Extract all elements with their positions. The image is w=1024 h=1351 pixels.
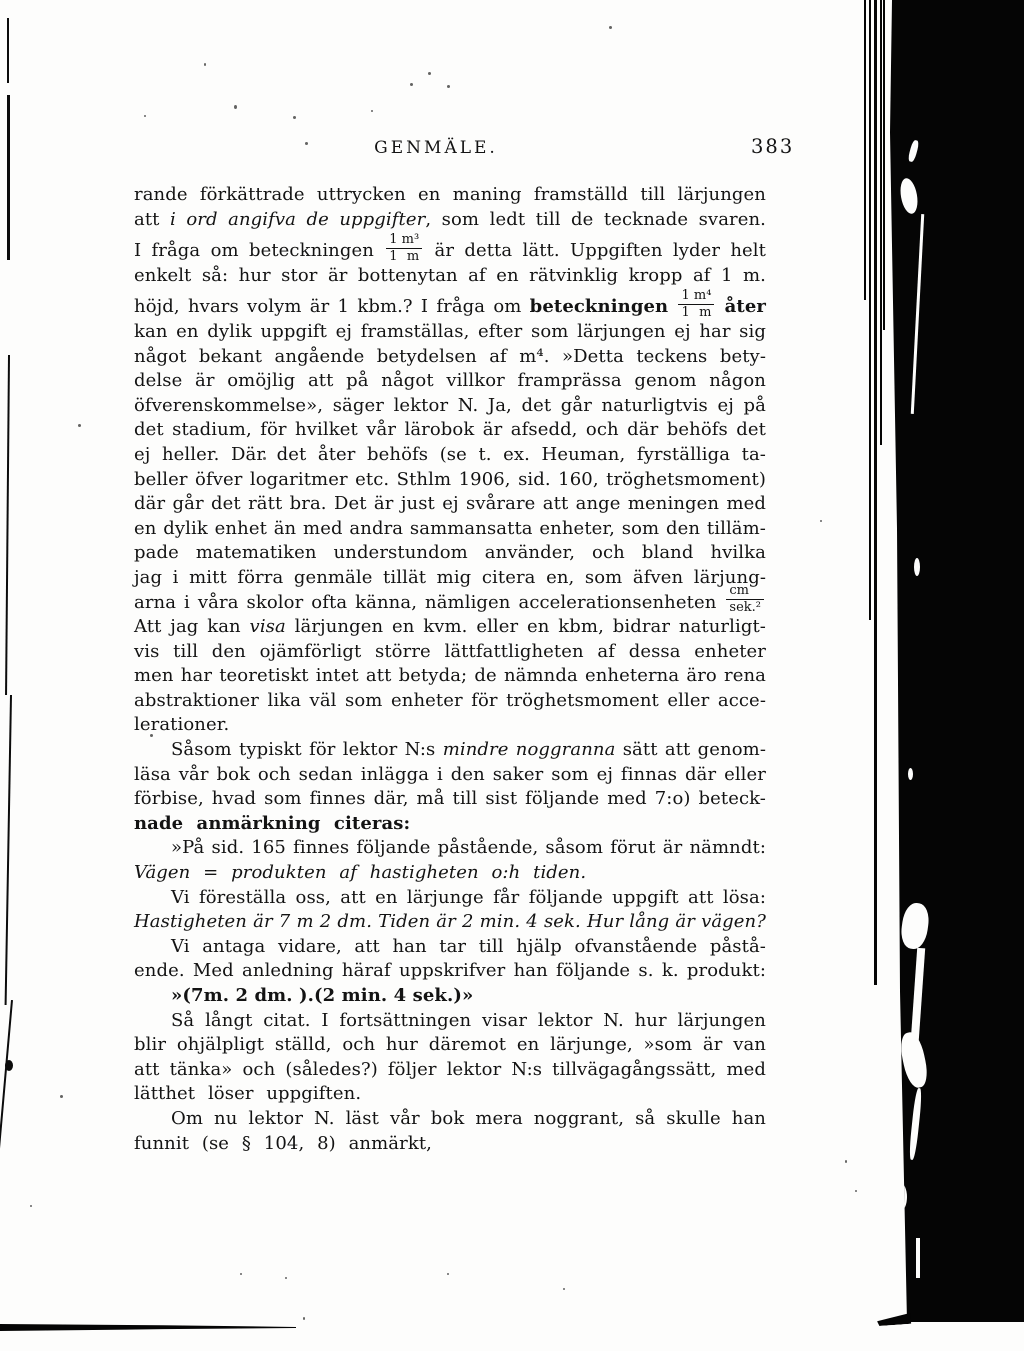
text-line: Hastigheten är 7 m 2 dm. Tiden är 2 min.… [134, 910, 766, 935]
scan-noise-mark [447, 1273, 449, 1275]
text-segment: öfverenskommelse», säger lektor N. Ja, d… [134, 395, 766, 416]
text-line: Vi föreställa oss, att en lärjunge får f… [134, 886, 766, 911]
text-line: kan en dylik uppgift ej framställas, eft… [134, 320, 766, 345]
text-line: öfverenskommelse», säger lektor N. Ja, d… [134, 394, 766, 419]
scan-noise-mark [5, 695, 12, 1005]
text-segment: enkelt så: hur stor är bottenytan af en … [134, 265, 766, 286]
text-line: rande förkättrade uttrycken en maning fr… [134, 183, 766, 208]
text-segment: Vi föreställa oss, att en lärjunge får f… [171, 887, 766, 908]
scan-noise-mark [285, 1277, 287, 1279]
inline-fraction: 1 m³1 m [386, 233, 422, 263]
text-line: abstraktioner lika väl som enheter för t… [134, 689, 766, 714]
text-segment: Om nu lektor N. läst vår bok mera noggra… [171, 1108, 766, 1129]
text-line: beller öfver logaritmer etc. Sthlm 1906,… [134, 468, 766, 493]
text-segment: »(7m. 2 dm. ).(2 min. 4 sek.)» [171, 985, 473, 1006]
text-line: lerationer. [134, 713, 766, 738]
text-segment [716, 296, 724, 317]
scan-noise-mark [897, 1030, 930, 1089]
scan-noise-mark [30, 1205, 32, 1207]
scan-noise-mark [7, 18, 9, 83]
text-line: ende. Med anledning häraf uppskrifver ha… [134, 959, 766, 984]
text-line: Så långt citat. I fortsättningen visar l… [134, 1009, 766, 1034]
text-segment: ende. Med anledning häraf uppskrifver ha… [134, 960, 766, 981]
text-line: »På sid. 165 finnes följande påstående, … [134, 836, 766, 861]
text-line: I fråga om beteckningen 1 m³1 m är detta… [134, 232, 766, 264]
scan-noise-mark [880, 0, 882, 445]
text-segment: åter [725, 296, 766, 317]
text-line: lätthet löser uppgiften. [134, 1082, 766, 1107]
scan-noise-mark [240, 1273, 242, 1275]
text-segment: lätthet löser uppgiften. [134, 1083, 361, 1104]
text-line: Vägen = produkten af hastigheten o:h tid… [134, 861, 766, 886]
text-segment: Vägen = produkten af hastigheten o:h tid… [134, 862, 586, 883]
scan-noise-mark [204, 63, 206, 66]
scan-noise-mark [916, 1238, 920, 1278]
scan-noise-mark [293, 116, 296, 119]
scan-noise-mark [894, 1183, 907, 1211]
text-segment: är detta lätt. Uppgiften lyder helt [424, 240, 766, 261]
scan-noise-mark [5, 355, 10, 695]
text-line: en dylik enhet än med andra sammansatta … [134, 517, 766, 542]
text-segment: abstraktioner lika väl som enheter för t… [134, 690, 766, 711]
scan-noise-mark [303, 1317, 305, 1320]
scan-noise-mark [820, 520, 822, 522]
scan-noise-mark [7, 95, 10, 260]
text-segment: något bekant angående betydelsen af m⁴. … [134, 346, 766, 367]
text-line: jag i mitt förra genmäle tillät mig cite… [134, 566, 766, 591]
text-line: enkelt så: hur stor är bottenytan af en … [134, 264, 766, 289]
scan-noise-mark [883, 0, 885, 330]
text-line: »(7m. 2 dm. ).(2 min. 4 sek.)» [134, 984, 766, 1009]
text-line: Såsom typiskt för lektor N:s mindre nogg… [134, 738, 766, 763]
text-line: men har teoretiskt intet att betyda; de … [134, 664, 766, 689]
scan-noise-mark [234, 105, 237, 109]
scanned-page: GENMÄLE. 383 rande förkättrade uttrycken… [0, 0, 1024, 1351]
text-line: förbise, hvad som finnes där, må till si… [134, 787, 766, 812]
text-line: att tänka» och (således?) följer lektor … [134, 1058, 766, 1083]
scan-noise-mark [60, 1095, 63, 1098]
text-segment: lärjungen en kvm. eller en kbm, bidrar n… [286, 616, 766, 637]
text-line: Att jag kan visa lärjungen en kvm. eller… [134, 615, 766, 640]
text-line: att i ord angifva de uppgifter, som ledt… [134, 208, 766, 233]
text-line: pade matematiken understundom använder, … [134, 541, 766, 566]
text-segment: lerationer. [134, 714, 229, 735]
scan-noise-mark [609, 26, 612, 29]
text-line: Vi antaga vidare, att han tar till hjälp… [134, 935, 766, 960]
scan-noise-mark [869, 0, 871, 620]
scan-noise-mark [908, 768, 913, 780]
scan-artifact-bottom-line [0, 1324, 296, 1331]
text-segment: beller öfver logaritmer etc. Sthlm 1906,… [134, 469, 766, 490]
text-segment: Så långt citat. I fortsättningen visar l… [171, 1010, 766, 1031]
text-segment: rande förkättrade uttrycken en maning fr… [134, 184, 766, 205]
text-line: där går det rätt bra. Det är just ej svå… [134, 492, 766, 517]
text-line: Om nu lektor N. läst vår bok mera noggra… [134, 1107, 766, 1132]
text-segment: höjd, hvars volym är 1 kbm.? I fråga om [134, 296, 530, 317]
text-segment: I fråga om beteckningen [134, 240, 384, 261]
page-number: 383 [751, 135, 794, 158]
text-segment [668, 296, 676, 317]
scan-noise-mark [914, 558, 920, 576]
text-line: delse är omöjlig att på något villkor fr… [134, 369, 766, 394]
scan-noise-mark [150, 734, 153, 737]
text-segment: funnit (se § 104, 8) anmärkt, [134, 1133, 432, 1154]
scan-noise-mark [911, 214, 924, 414]
text-segment: förbise, hvad som finnes där, må till si… [134, 788, 766, 809]
text-segment: det stadium, för hvilket vår lärobok är … [134, 419, 766, 440]
text-segment: Hastigheten är 7 m 2 dm. Tiden är 2 min.… [134, 911, 766, 932]
text-line: nade anmärkning citeras: [134, 812, 766, 837]
text-line: ej heller. Där det åter behöfs (se t. ex… [134, 443, 766, 468]
text-segment: Vi antaga vidare, att han tar till hjälp… [171, 936, 766, 957]
inline-fraction: 1 m⁴1 m [678, 289, 714, 319]
text-segment: pade matematiken understundom använder, … [134, 542, 766, 563]
text-segment: arna i våra skolor ofta känna, nämligen … [134, 592, 724, 613]
text-line: höjd, hvars volym är 1 kbm.? I fråga om … [134, 288, 766, 320]
text-segment: där går det rätt bra. Det är just ej svå… [134, 493, 766, 514]
scan-artifact-binding-foot [877, 1313, 912, 1326]
text-segment: en dylik enhet än med andra sammansatta … [134, 518, 766, 539]
text-segment: , som ledt till de tecknade svaren. [425, 209, 766, 230]
text-segment: delse är omöjlig att på något villkor fr… [134, 370, 766, 391]
scan-noise-mark [845, 1160, 847, 1163]
scan-noise-mark [0, 1000, 13, 1327]
text-segment: jag i mitt förra genmäle tillät mig cite… [134, 567, 766, 588]
text-segment: nade anmärkning citeras: [134, 813, 410, 834]
scan-noise-mark [563, 1288, 565, 1290]
text-line: det stadium, för hvilket vår lärobok är … [134, 418, 766, 443]
scan-noise-mark [428, 72, 431, 75]
text-segment: i ord angifva de uppgifter [170, 209, 425, 230]
body-text: rande förkättrade uttrycken en maning fr… [134, 183, 766, 1156]
text-segment: läsa vår bok och sedan inlägga i den sak… [134, 764, 766, 785]
text-segment: Såsom typiskt för lektor N:s [171, 739, 443, 760]
scan-noise-mark [899, 901, 931, 950]
scan-noise-mark [911, 948, 925, 1040]
text-line: arna i våra skolor ofta känna, nämligen … [134, 591, 766, 616]
text-segment: blir ohjälpligt ställd, och hur däremot … [134, 1034, 766, 1055]
scan-noise-mark [864, 0, 866, 300]
text-line: läsa vår bok och sedan inlägga i den sak… [134, 763, 766, 788]
inline-fraction: cmsek.² [726, 584, 764, 614]
text-segment: men har teoretiskt intet att betyda; de … [134, 665, 766, 686]
text-line: funnit (se § 104, 8) anmärkt, [134, 1132, 766, 1157]
text-segment: Att jag kan [134, 616, 250, 637]
scan-noise-mark [305, 142, 308, 145]
scan-noise-mark [5, 1060, 13, 1071]
text-segment: mindre noggranna [443, 739, 616, 760]
text-line: något bekant angående betydelsen af m⁴. … [134, 345, 766, 370]
scan-noise-mark [855, 1190, 857, 1192]
scan-noise-mark [447, 85, 450, 88]
text-segment: kan en dylik uppgift ej framställas, eft… [134, 321, 766, 342]
scan-noise-mark [908, 1088, 922, 1160]
scan-noise-mark [78, 424, 81, 427]
scan-noise-mark [144, 115, 146, 117]
scan-noise-mark [410, 83, 413, 86]
text-segment: ej heller. Där det åter behöfs (se t. ex… [134, 444, 766, 465]
text-segment: »På sid. 165 finnes följande påstående, … [171, 837, 766, 858]
text-segment: vis till den ojämförligt större lättfatt… [134, 641, 766, 662]
text-segment: att tänka» och (således?) följer lektor … [134, 1059, 766, 1080]
scan-noise-mark [263, 457, 266, 460]
text-segment: sätt att genom- [615, 739, 766, 760]
running-title: GENMÄLE. [120, 138, 752, 158]
text-segment: att [134, 209, 170, 230]
scan-noise-mark [874, 0, 877, 985]
text-line: vis till den ojämförligt större lättfatt… [134, 640, 766, 665]
scan-artifact-binding-shadow [886, 0, 1024, 1322]
text-line: blir ohjälpligt ställd, och hur däremot … [134, 1033, 766, 1058]
text-segment: beteckningen [530, 296, 669, 317]
scan-noise-mark [898, 177, 920, 215]
scan-noise-mark [371, 110, 373, 112]
text-segment: visa [250, 616, 286, 637]
scan-noise-mark [907, 139, 919, 162]
